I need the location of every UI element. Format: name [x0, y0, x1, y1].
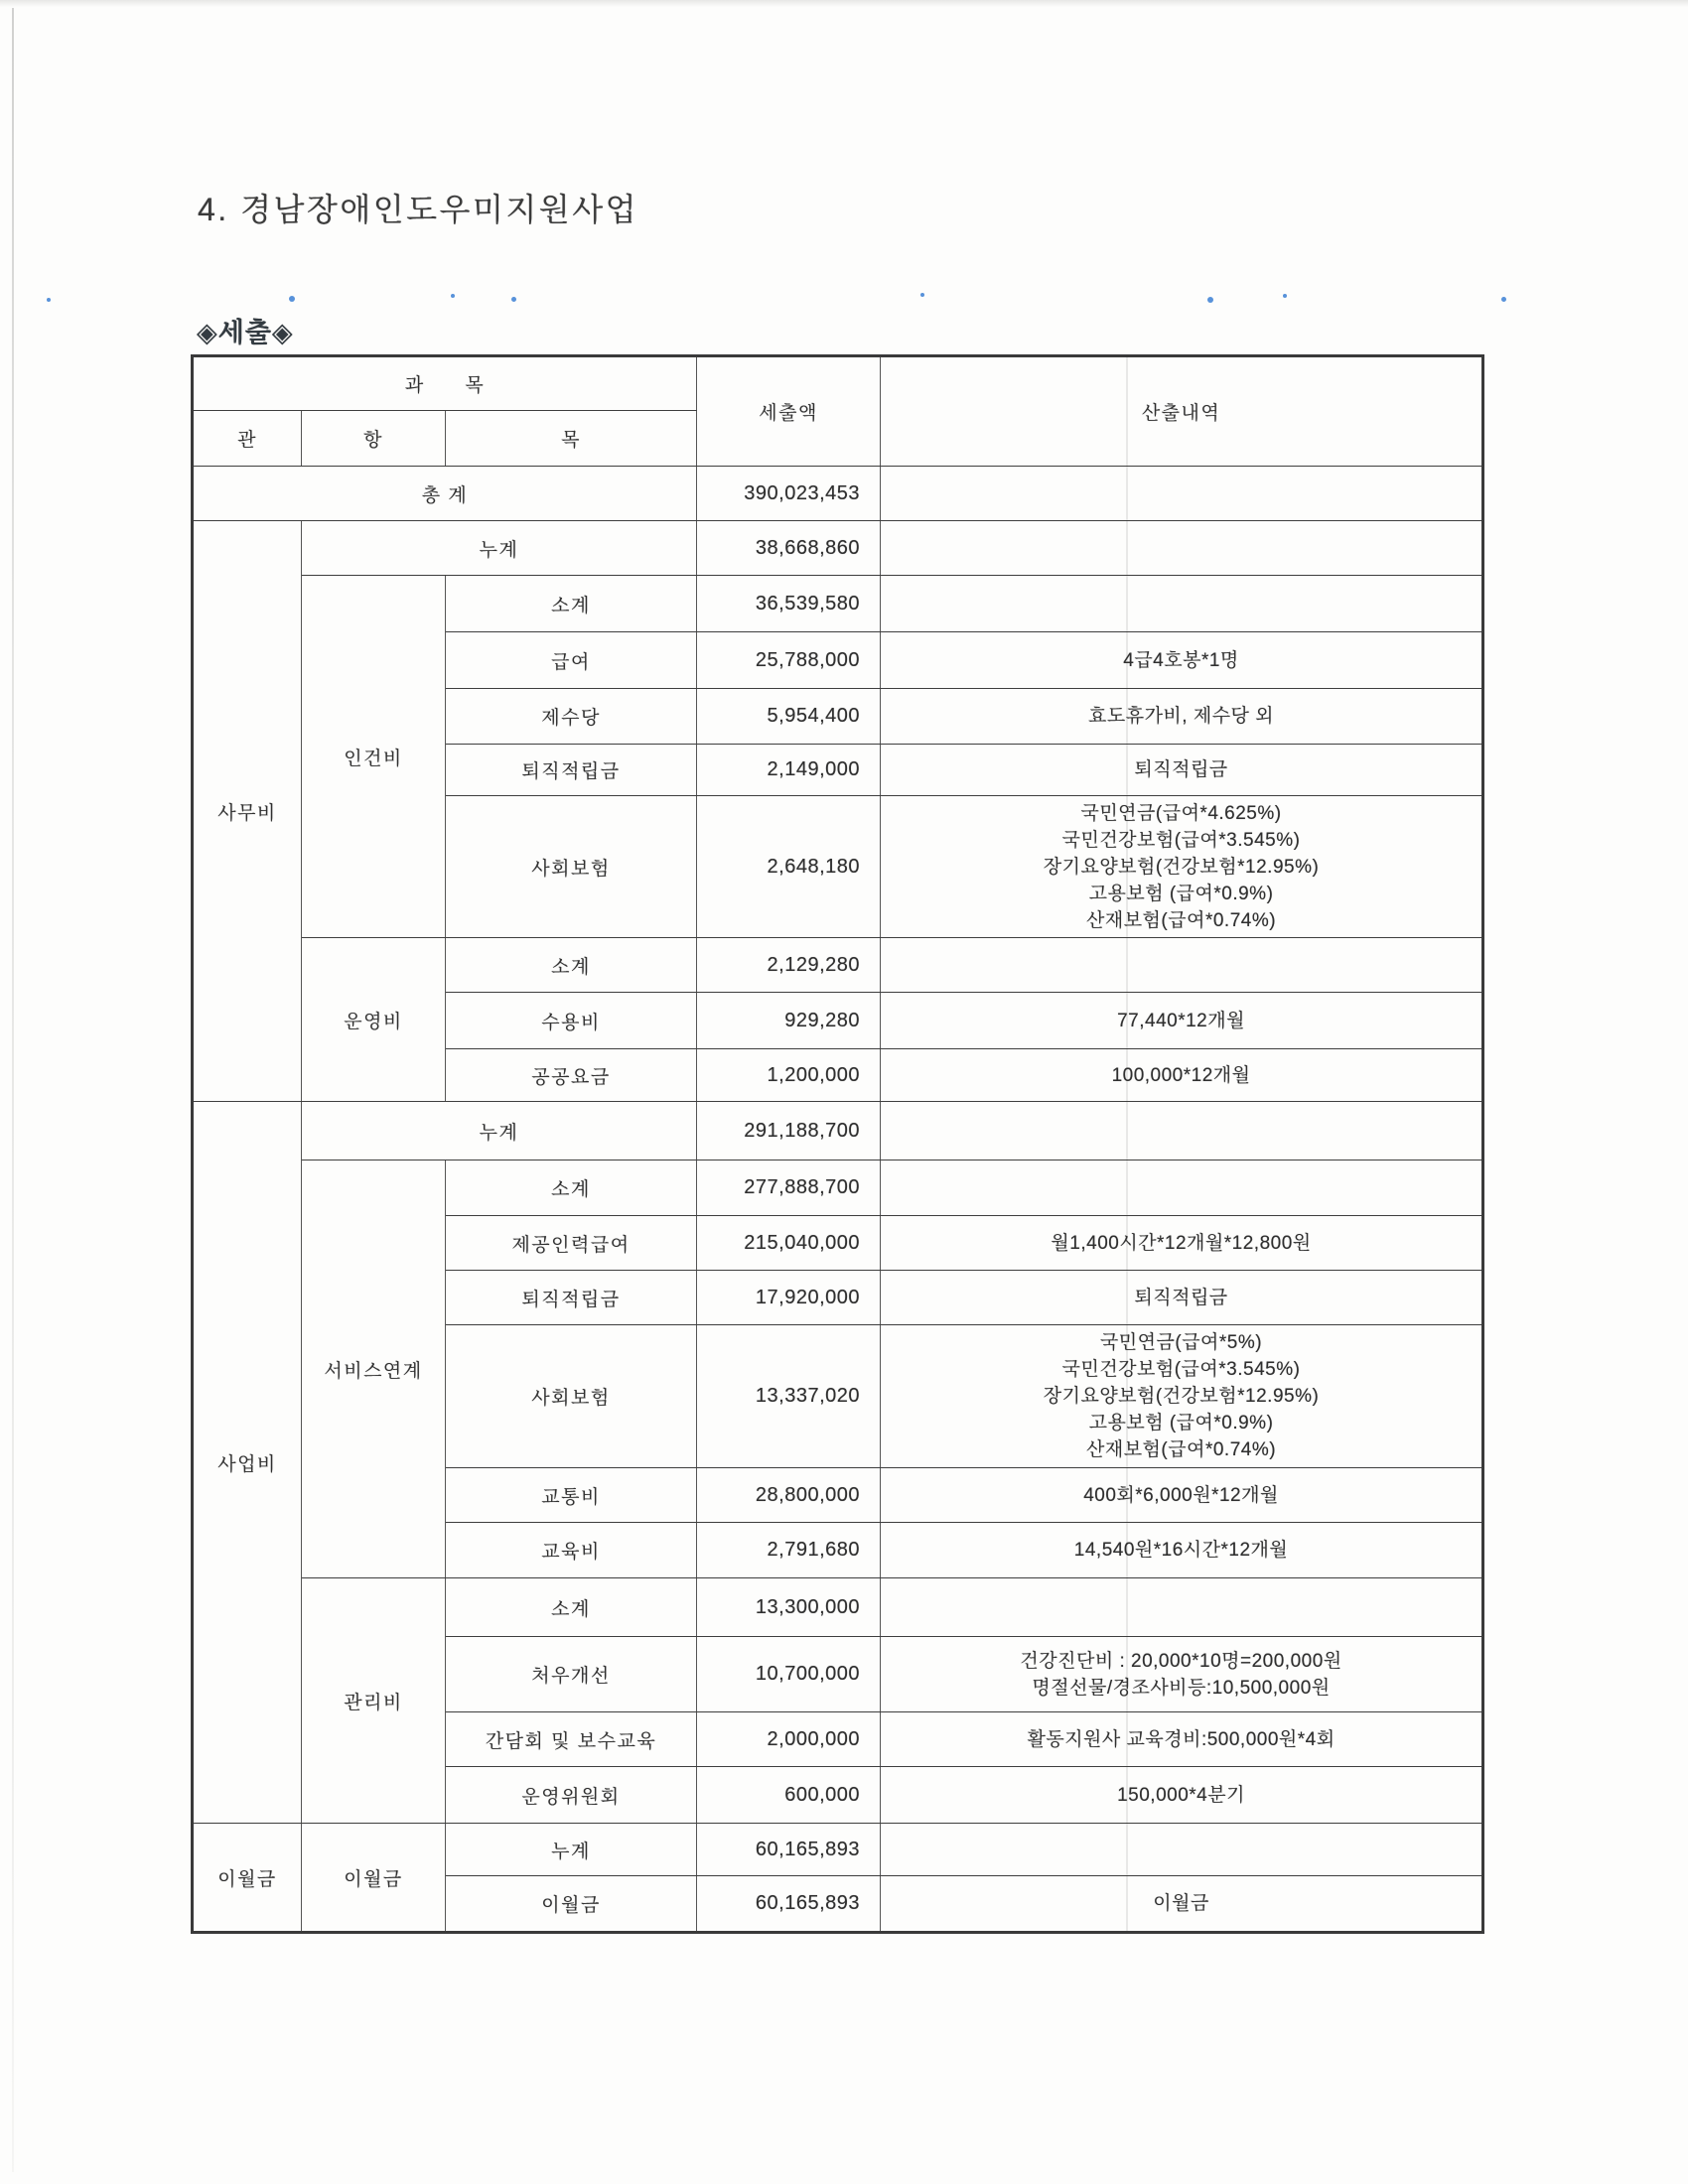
- cell-mok: 소계: [446, 938, 697, 993]
- scanned-document-page: { "page": { "title": "4. 경남장애인도우미지원사업", …: [0, 0, 1688, 2184]
- cell-mok: 운영위원회: [446, 1767, 697, 1824]
- cell-amount: 2,000,000: [697, 1712, 881, 1767]
- cell-detail: [881, 1578, 1483, 1637]
- cell-amount: 215,040,000: [697, 1216, 881, 1271]
- cell-detail: 400회*6,000원*12개월: [881, 1468, 1483, 1523]
- cell-amount: 60,165,893: [697, 1876, 881, 1933]
- cell-mok: 사회보험: [446, 796, 697, 938]
- cell-mok: 소계: [446, 576, 697, 632]
- cell-hang: 인건비: [302, 576, 446, 938]
- scan-edge-top: [0, 0, 1688, 7]
- cell-gwan: 이월금: [193, 1824, 302, 1933]
- cell-amount: 25,788,000: [697, 632, 881, 689]
- cell-amount: 2,129,280: [697, 938, 881, 993]
- cell-detail: 77,440*12개월: [881, 993, 1483, 1049]
- scan-artifact-dot: [920, 293, 924, 297]
- cell-subtotal-label: 누계: [302, 1102, 697, 1160]
- section-label-expenditure: ◈세출◈: [197, 311, 294, 349]
- scan-edge-left: [12, 8, 14, 2172]
- cell-detail: 국민연금(급여*5%)국민건강보험(급여*3.545%)장기요양보험(건강보험*…: [881, 1325, 1483, 1468]
- scan-artifact-dot: [1207, 297, 1213, 303]
- cell-mok: 누계: [446, 1824, 697, 1876]
- cell-mok: 급여: [446, 632, 697, 689]
- cell-mok: 수용비: [446, 993, 697, 1049]
- header-gwan: 관: [193, 411, 302, 467]
- cell-amount: 1,200,000: [697, 1049, 881, 1102]
- cell-detail: 퇴직적립금: [881, 1271, 1483, 1325]
- cell-detail: 건강진단비 : 20,000*10명=200,000원명절선물/경조사비등:10…: [881, 1637, 1483, 1712]
- cell-detail: 4급4호봉*1명: [881, 632, 1483, 689]
- scan-artifact-dot: [47, 298, 51, 302]
- cell-mok: 소계: [446, 1160, 697, 1216]
- cell-detail: [881, 1160, 1483, 1216]
- cell-amount: 13,337,020: [697, 1325, 881, 1468]
- cell-detail: 활동지원사 교육경비:500,000원*4회: [881, 1712, 1483, 1767]
- cell-mok: 간담회 및 보수교육: [446, 1712, 697, 1767]
- cell-amount: 2,791,680: [697, 1523, 881, 1578]
- cell-detail: [881, 467, 1483, 521]
- cell-detail: 150,000*4분기: [881, 1767, 1483, 1824]
- header-amount: 세출액: [697, 356, 881, 467]
- cell-amount: 600,000: [697, 1767, 881, 1824]
- cell-detail: 월1,400시간*12개월*12,800원: [881, 1216, 1483, 1271]
- cell-amount: 2,149,000: [697, 745, 881, 796]
- cell-hang: 운영비: [302, 938, 446, 1102]
- expenditure-table-body: 총 계390,023,453사무비누계38,668,860인건비소계36,539…: [193, 467, 1483, 1933]
- cell-mok: 공공요금: [446, 1049, 697, 1102]
- cell-mok: 퇴직적립금: [446, 745, 697, 796]
- cell-mok: 제수당: [446, 689, 697, 745]
- header-subject: 과 목: [193, 356, 697, 411]
- cell-total-label: 총 계: [193, 467, 697, 521]
- cell-mok: 퇴직적립금: [446, 1271, 697, 1325]
- cell-amount: 17,920,000: [697, 1271, 881, 1325]
- scan-artifact-dot: [1501, 297, 1506, 302]
- cell-amount: 2,648,180: [697, 796, 881, 938]
- header-detail: 산출내역: [881, 356, 1483, 467]
- scan-artifact-dot: [451, 294, 455, 298]
- header-hang: 항: [302, 411, 446, 467]
- cell-amount: 929,280: [697, 993, 881, 1049]
- cell-gwan: 사업비: [193, 1102, 302, 1824]
- cell-detail: [881, 1824, 1483, 1876]
- cell-amount: 60,165,893: [697, 1824, 881, 1876]
- cell-mok: 교통비: [446, 1468, 697, 1523]
- cell-detail: 효도휴가비, 제수당 외: [881, 689, 1483, 745]
- cell-amount: 38,668,860: [697, 521, 881, 576]
- cell-amount: 5,954,400: [697, 689, 881, 745]
- cell-mok: 처우개선: [446, 1637, 697, 1712]
- cell-mok: 사회보험: [446, 1325, 697, 1468]
- cell-amount: 28,800,000: [697, 1468, 881, 1523]
- page-title: 4. 경남장애인도우미지원사업: [198, 185, 638, 230]
- cell-amount: 13,300,000: [697, 1578, 881, 1637]
- cell-detail: [881, 521, 1483, 576]
- cell-mok: 제공인력급여: [446, 1216, 697, 1271]
- cell-detail: [881, 1102, 1483, 1160]
- cell-gwan: 사무비: [193, 521, 302, 1102]
- cell-amount: 10,700,000: [697, 1637, 881, 1712]
- cell-hang: 관리비: [302, 1578, 446, 1824]
- cell-detail: [881, 938, 1483, 993]
- cell-detail: 14,540원*16시간*12개월: [881, 1523, 1483, 1578]
- cell-detail: 퇴직적립금: [881, 745, 1483, 796]
- cell-hang: 서비스연계: [302, 1160, 446, 1578]
- cell-mok: 소계: [446, 1578, 697, 1637]
- cell-mok: 이월금: [446, 1876, 697, 1933]
- scan-artifact-dot: [289, 296, 295, 302]
- cell-amount: 277,888,700: [697, 1160, 881, 1216]
- cell-detail: 국민연금(급여*4.625%)국민건강보험(급여*3.545%)장기요양보험(건…: [881, 796, 1483, 938]
- scan-artifact-dot: [511, 297, 516, 302]
- cell-hang: 이월금: [302, 1824, 446, 1933]
- cell-subtotal-label: 누계: [302, 521, 697, 576]
- cell-detail: 100,000*12개월: [881, 1049, 1483, 1102]
- cell-mok: 교육비: [446, 1523, 697, 1578]
- scan-artifact-dot: [1283, 294, 1287, 298]
- header-mok: 목: [446, 411, 697, 467]
- expenditure-table: 과 목 세출액 산출내역 관 항 목 총 계390,023,453사무비누계38…: [191, 354, 1484, 1934]
- cell-amount: 291,188,700: [697, 1102, 881, 1160]
- cell-detail: 이월금: [881, 1876, 1483, 1933]
- cell-detail: [881, 576, 1483, 632]
- cell-amount: 390,023,453: [697, 467, 881, 521]
- cell-amount: 36,539,580: [697, 576, 881, 632]
